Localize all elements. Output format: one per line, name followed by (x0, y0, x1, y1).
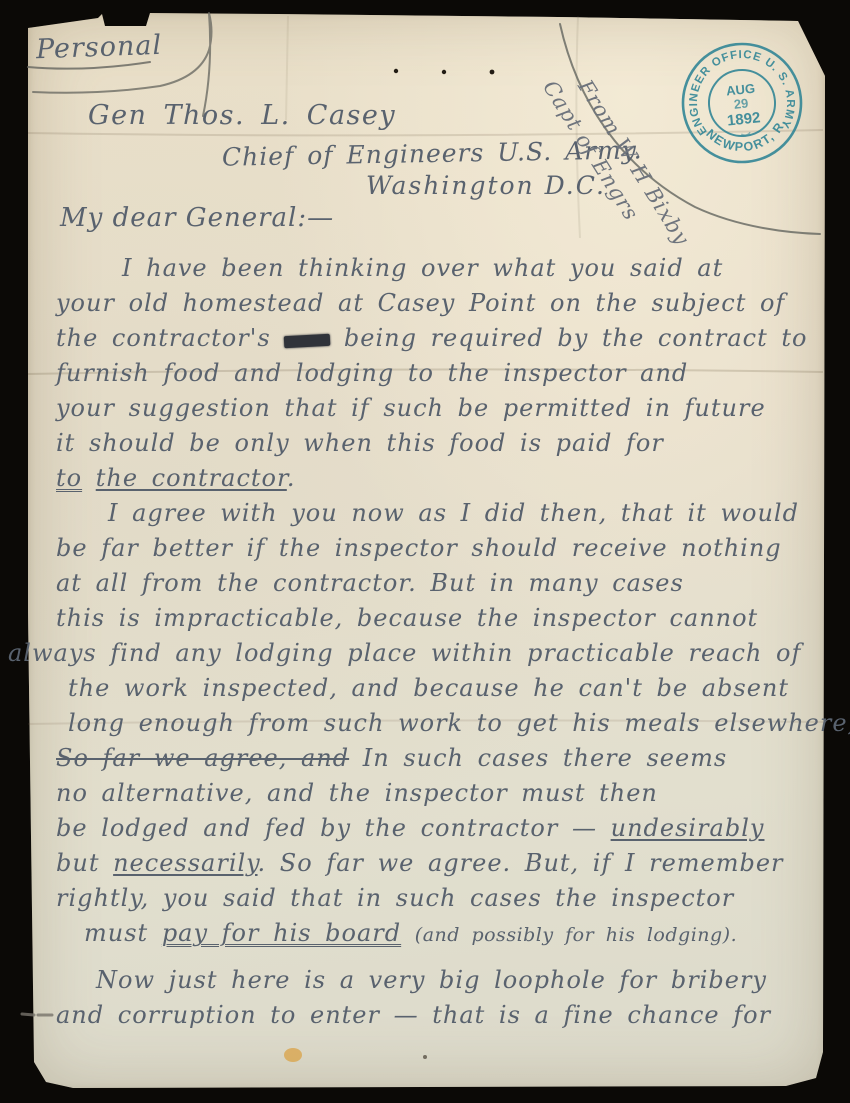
letter-text-segment: . So far we agree. But, if I remember (258, 849, 784, 877)
address-recipient: Gen Thos. L. Casey (88, 100, 396, 131)
letter-text-segment: be lodged and fed by the contractor — (56, 814, 611, 842)
letter-line: be lodged and fed by the contractor — un… (56, 811, 814, 846)
personal-label: Personal (35, 30, 162, 65)
address-city: Washington D.C. (366, 171, 606, 200)
letter-line: always find any lodging place within pra… (8, 636, 814, 671)
letter-text-segment: furnish food and lodging to the inspecto… (56, 359, 688, 387)
letter-text-segment: be far better if the inspector should re… (56, 534, 782, 562)
letter-line: and corruption to enter — that is a fine… (56, 998, 814, 1033)
letter-line: to the contractor. (56, 461, 814, 496)
letter-text-segment: but (56, 849, 113, 877)
letter-line: rightly, you said that in such cases the… (56, 881, 814, 916)
letter-text-segment: So far we agree, and (56, 744, 349, 772)
letter-text-segment: . (287, 464, 296, 492)
letter-text-segment: the contractor (96, 464, 287, 492)
letter-line: the work inspected, and because he can't… (68, 671, 814, 706)
letter-line: must pay for his board (and possibly for… (84, 916, 814, 951)
letter-line: be far better if the inspector should re… (56, 531, 814, 566)
stamp-date-day: 29 (733, 95, 749, 111)
letter-line: I agree with you now as I did then, that… (108, 496, 814, 531)
letter-line: at all from the contractor. But in many … (56, 566, 814, 601)
letter-text-segment: I agree with you now as I did then, that… (108, 499, 799, 527)
letter-line: the contractor's being required by the c… (56, 321, 814, 356)
letter-line: your suggestion that if such be permitte… (56, 391, 814, 426)
received-date-stamp: ENGINEER OFFICE U. S. ARMY. NEWPORT, R. … (674, 35, 810, 171)
letter-line: I have been thinking over what you said … (122, 251, 814, 286)
letter-text-segment: the work inspected, and because he can't… (68, 674, 789, 702)
letter-line: long enough from such work to get his me… (68, 706, 814, 741)
letter-text-segment (82, 464, 96, 492)
letter-line: no alternative, and the inspector must t… (56, 776, 814, 811)
letter-text-segment: at all from the contractor. But in many … (56, 569, 684, 597)
letter-text-segment: your suggestion that if such be permitte… (56, 394, 766, 422)
letter-line: but necessarily. So far we agree. But, i… (56, 846, 814, 881)
scanned-letter-page: Personal Gen Thos. L. Casey Chief of Eng… (0, 0, 850, 1103)
letter-text-segment: and corruption to enter — that is a fine… (56, 1001, 771, 1029)
letter-line: your old homestead at Casey Point on the… (56, 286, 814, 321)
letter-text-segment: undesirably (611, 814, 765, 842)
letter-line: this is impracticable, because the inspe… (56, 601, 814, 636)
letter-line: it should be only when this food is paid… (56, 426, 814, 461)
letter-text-segment: no alternative, and the inspector must t… (56, 779, 658, 807)
letter-text-segment: I have been thinking over what you said … (122, 254, 723, 282)
letter-text-segment: always find any lodging place within pra… (8, 639, 801, 667)
letter-text-segment: it should be only when this food is paid… (56, 429, 664, 457)
letter-text-segment: being required by the contract to (330, 324, 807, 352)
letter-text-segment: In such cases there seems (349, 744, 727, 772)
letter-body: I have been thinking over what you said … (56, 251, 814, 1033)
stamp-date-year: 1892 (726, 109, 761, 129)
letter-text-segment: (and possibly for his lodging). (415, 924, 737, 946)
letter-text-segment: Now just here is a very big loophole for… (96, 966, 767, 994)
letter-text-segment: to (56, 464, 82, 492)
letter-text-segment: rightly, you said that in such cases the… (56, 884, 734, 912)
letter-text-segment: pay for his board (162, 919, 401, 947)
letter-text-segment: the contractor's (56, 324, 284, 352)
letter-line: furnish food and lodging to the inspecto… (56, 356, 814, 391)
letter-text-segment: this is impracticable, because the inspe… (56, 604, 758, 632)
salutation: My dear General:— (60, 203, 334, 233)
scribbled-out-word (284, 334, 331, 348)
letter-text-segment (401, 919, 415, 947)
letter-line: Now just here is a very big loophole for… (96, 963, 814, 998)
letter-text-segment: necessarily (113, 849, 257, 877)
letter-text-segment: long enough from such work to get his me… (68, 709, 850, 737)
letter-text-segment: your old homestead at Casey Point on the… (56, 289, 785, 317)
letter-line: So far we agree, and In such cases there… (56, 741, 814, 776)
letter-text-segment: must (84, 919, 162, 947)
